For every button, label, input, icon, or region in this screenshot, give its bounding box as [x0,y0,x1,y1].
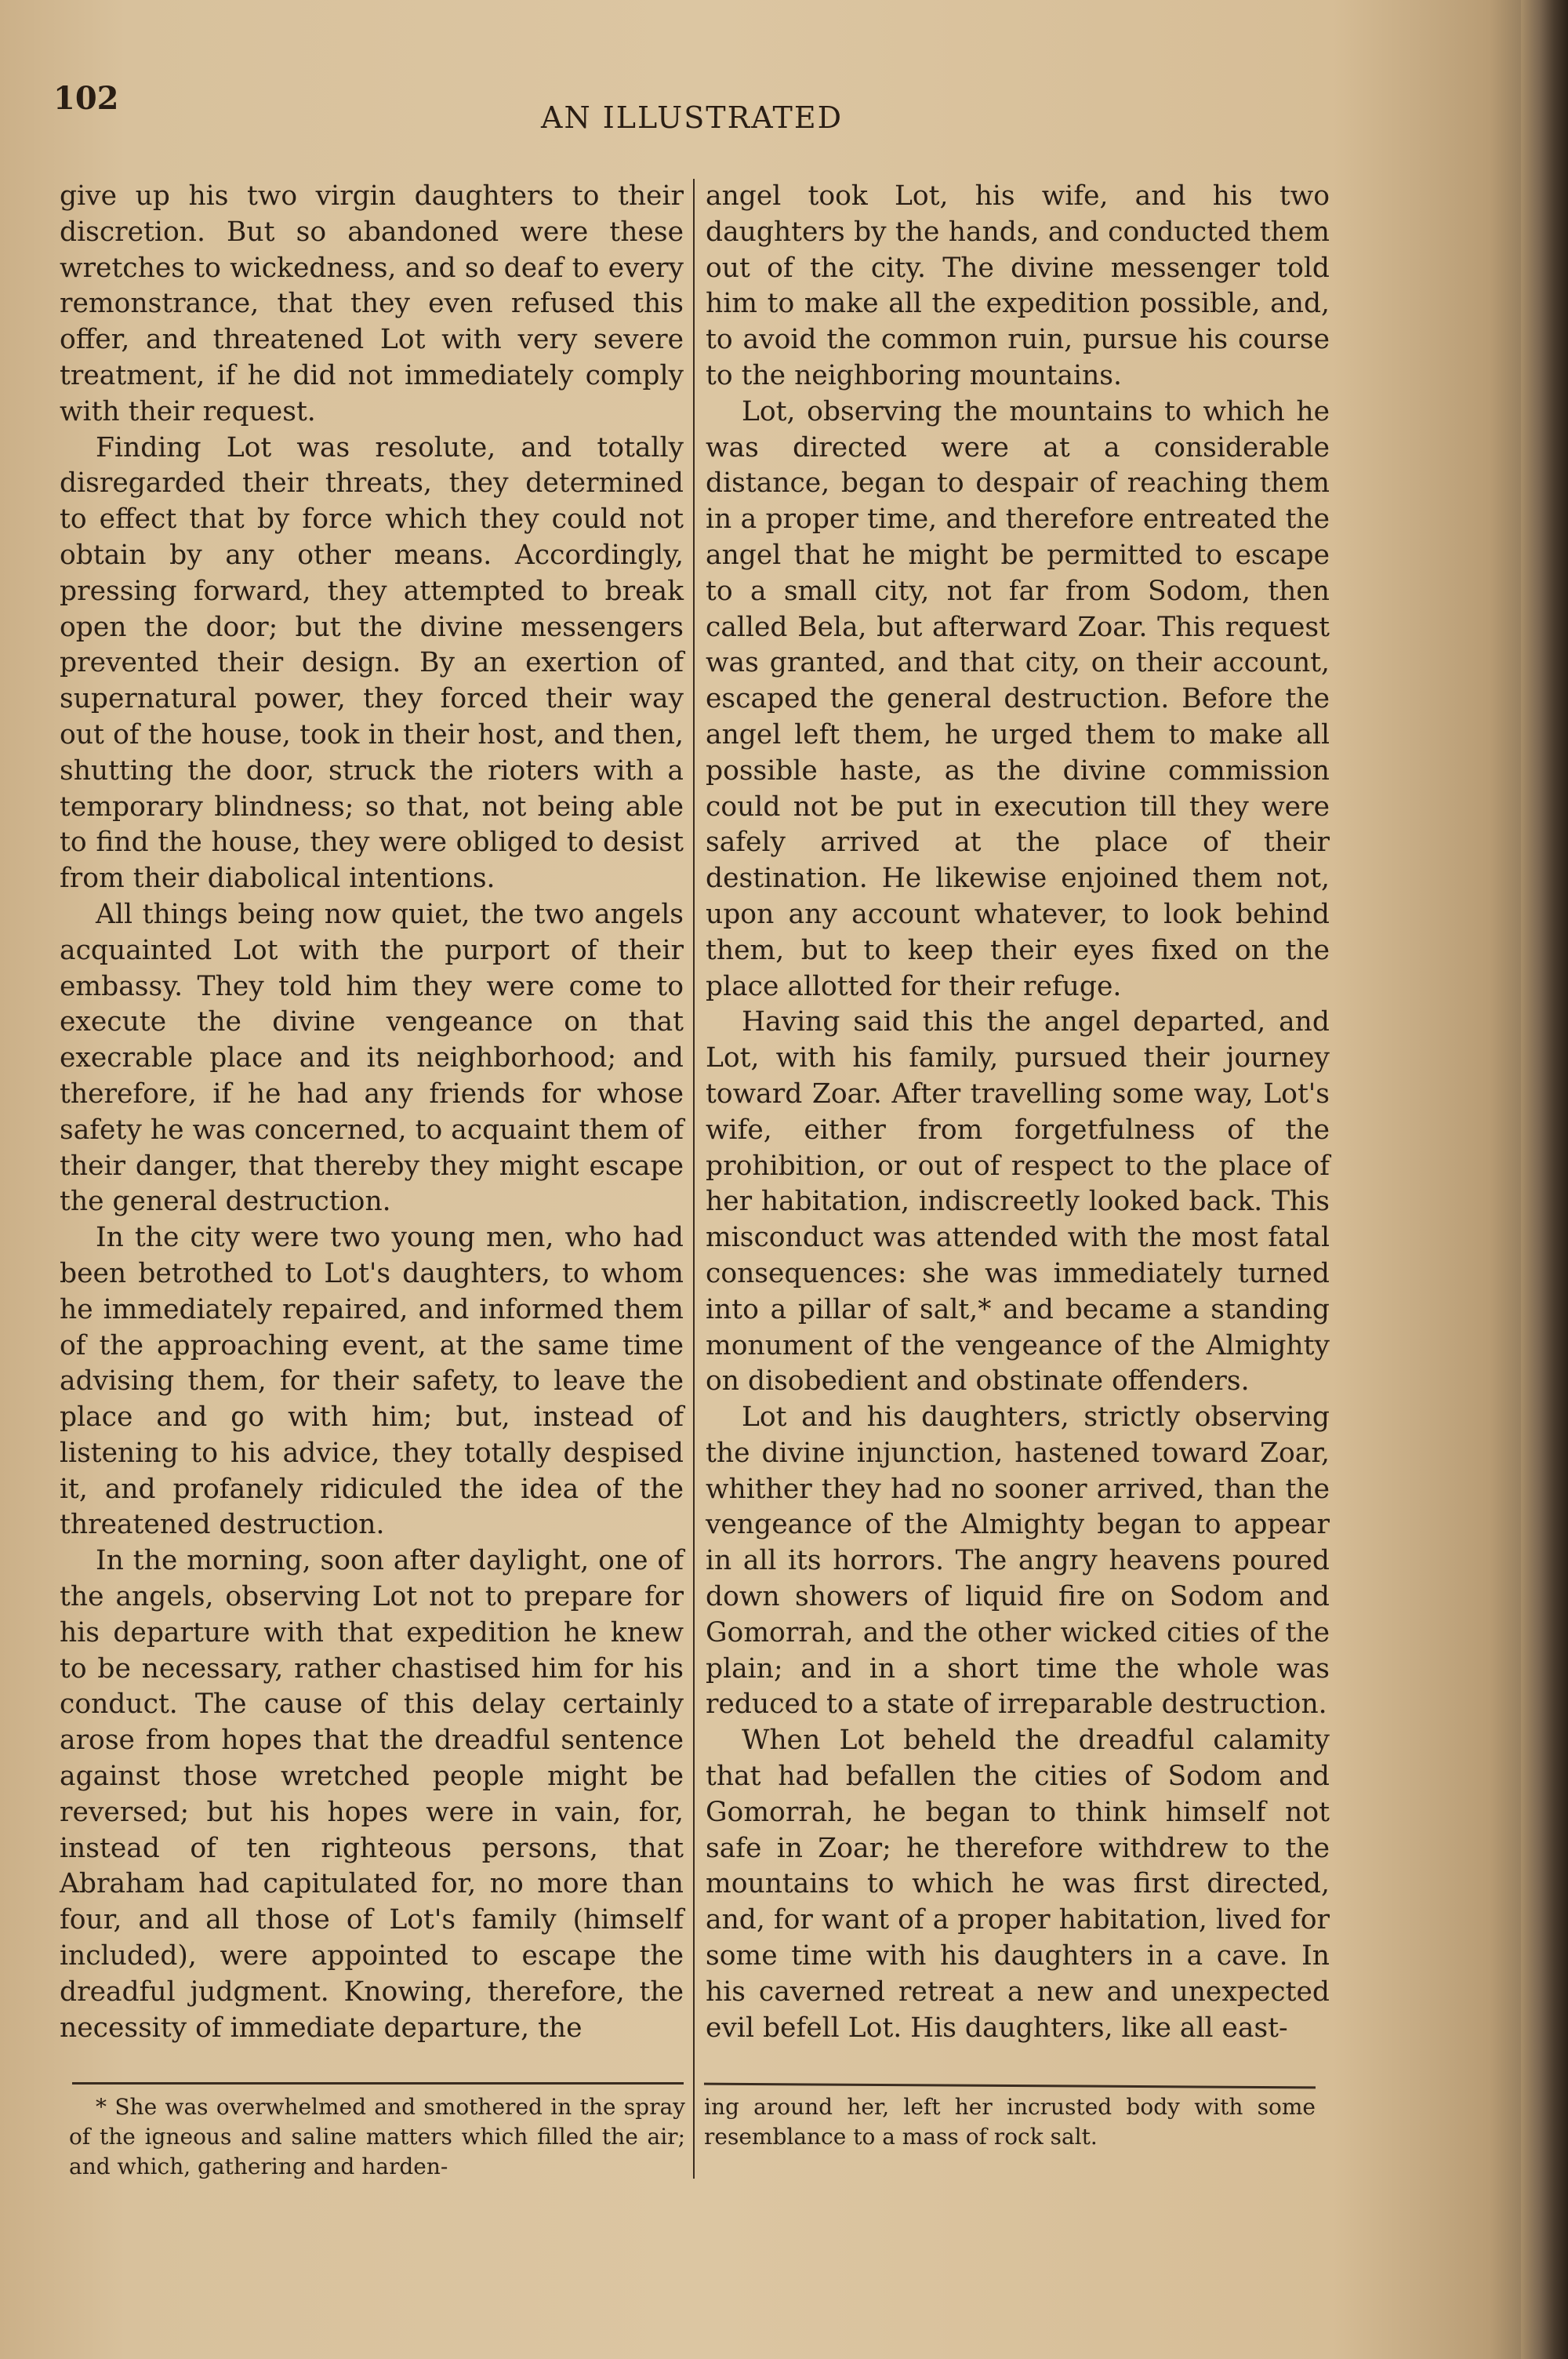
left-column: give up his two virgin daughters to thei… [60,179,684,2046]
footnote-rule-right [704,2083,1316,2089]
paragraph: In the city were two young men, who had … [60,1220,684,1543]
footnote-text: * She was overwhelmed and smothered in t… [69,2092,685,2182]
right-column: angel took Lot, his wife, and his two da… [706,179,1330,2046]
book-page-edge [1521,0,1568,2359]
paragraph: angel took Lot, his wife, and his two da… [706,179,1330,394]
column-divider [693,179,695,2179]
paragraph: When Lot beheld the dreadful calamity th… [706,1723,1330,2046]
paragraph: give up his two virgin daughters to thei… [60,179,684,431]
footnote-text: ing around her, left her incrusted body … [704,2092,1316,2152]
paragraph: Having said this the angel departed, and… [706,1005,1330,1400]
paragraph: Lot and his daughters, strictly observin… [706,1400,1330,1723]
paragraph: In the morning, soon after daylight, one… [60,1543,684,2046]
paragraph: Finding Lot was resolute, and totally di… [60,431,684,897]
running-head: AN ILLUSTRATED [541,100,843,135]
paragraph: Lot, observing the mountains to which he… [706,394,1330,1005]
footnote-left: * She was overwhelmed and smothered in t… [69,2092,685,2182]
page-number: 102 [53,80,119,117]
footnote-rule-left [72,2082,684,2085]
footnote-right: ing around her, left her incrusted body … [704,2092,1316,2152]
paragraph: All things being now quiet, the two ange… [60,897,684,1220]
